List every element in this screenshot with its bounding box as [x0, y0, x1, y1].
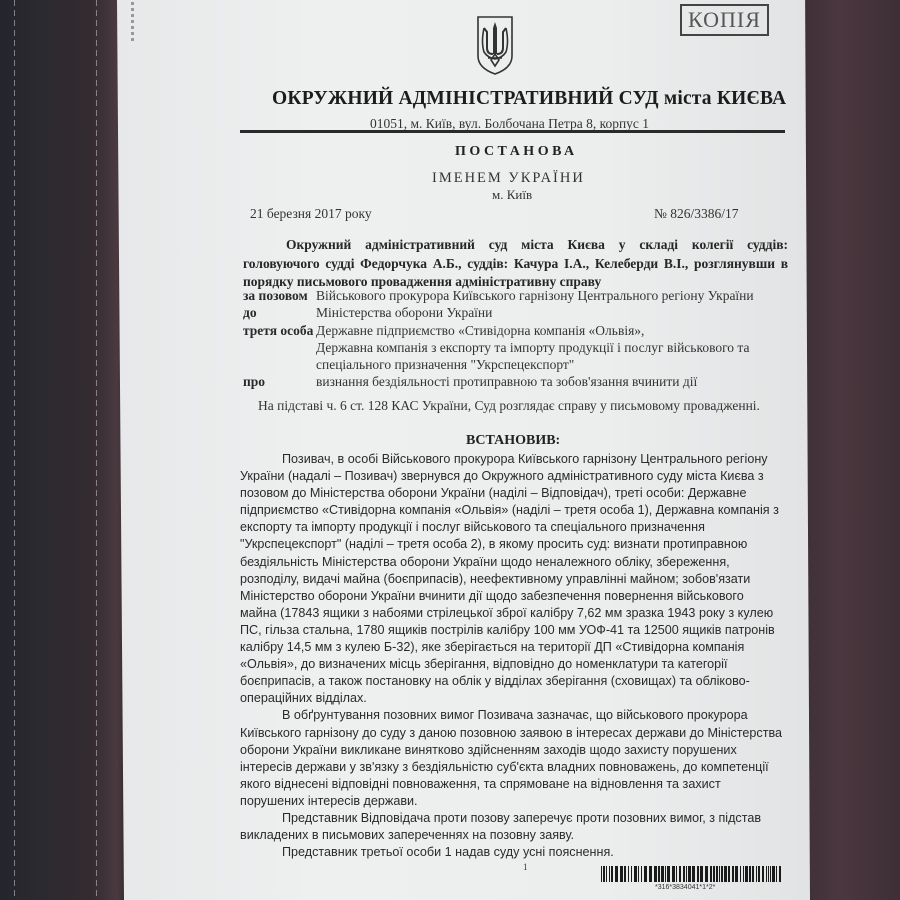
party-value: Міністерства оборони України: [316, 304, 492, 321]
case-number: № 826/3386/17: [654, 206, 739, 222]
body-line: Київського гарнізону до суду з даною поз…: [240, 725, 792, 742]
decision-body: Позивач, в особі Військового прокурора К…: [240, 451, 792, 861]
city: м. Київ: [492, 187, 532, 203]
party-label: третя особа: [243, 322, 313, 339]
body-line: оборони України викликане винятково здій…: [240, 742, 792, 759]
barcode-icon: [601, 866, 783, 882]
intro-line: Окружний адміністративний суд міста Києв…: [243, 236, 788, 255]
document-type: ПОСТАНОВА: [455, 144, 578, 160]
barcode-text: *316*3834041*1*2*: [655, 884, 715, 891]
legal-basis: На підставі ч. 6 ст. 128 КАС України, Су…: [258, 398, 760, 414]
body-line: В обґрунтування позовних вимог Позивача …: [240, 707, 792, 724]
party-value: Військового прокурора Київського гарнізо…: [316, 287, 754, 304]
body-line: розподілу, видачі майна (боєприпасів), н…: [240, 571, 792, 588]
body-line: підприємство «Стивідорна компанія «Ольві…: [240, 502, 792, 519]
party-label: про: [243, 373, 265, 390]
body-line: Міністерство оборони України вчинити дії…: [240, 588, 792, 605]
court-name: ОКРУЖНИЙ АДМІНІСТРАТИВНИЙ СУД міста КИЄВ…: [272, 88, 786, 110]
party-value: Державне підприємство «Стивідорна компан…: [316, 322, 644, 339]
body-line: Представник Відповідача проти позову зап…: [240, 810, 792, 827]
body-line: позовом до Міністерства оборони України …: [240, 485, 792, 502]
body-line: майна (17843 ящики з набоями стрілецької…: [240, 605, 792, 622]
page-number: 1: [523, 862, 528, 872]
document-content: КОПІЯ ОКРУЖНИЙ АДМІНІСТРАТИВНИЙ СУД міст…: [0, 0, 900, 900]
intro-line: головуючого судді Федорчука А.Б., суддів…: [243, 255, 788, 274]
party-label: до: [243, 304, 257, 321]
body-line: Позивач, в особі Військового прокурора К…: [240, 451, 792, 468]
body-line: боєприпасів, а також постановку на облік…: [240, 673, 792, 690]
coat-of-arms-icon: [475, 14, 515, 76]
section-heading: ВСТАНОВИВ:: [466, 433, 560, 449]
body-line: «Ольвія», до визначених місць зберігання…: [240, 656, 792, 673]
body-line: викладених в письмових запереченнях на п…: [240, 827, 792, 844]
body-line: України (надалі – Позивач) звернувся до …: [240, 468, 792, 485]
copy-stamp: КОПІЯ: [680, 4, 769, 36]
header-divider: [240, 130, 785, 133]
intro-paragraph: Окружний адміністративний суд міста Києв…: [243, 236, 788, 292]
body-line: ПС, гільза стальна, 1780 ящиків пострілі…: [240, 622, 792, 639]
in-name-of-ukraine: ІМЕНЕМ УКРАЇНИ: [432, 170, 585, 187]
body-line: операційних відділах.: [240, 690, 792, 707]
party-label: за позовом: [243, 287, 308, 304]
body-line: порушених інтересів держави.: [240, 793, 792, 810]
body-line: інтересів держави у зв'язку з бездіяльні…: [240, 759, 792, 776]
body-line: калібру 14,5 мм з кулею Б-32), яке збері…: [240, 639, 792, 656]
party-value: Державна компанія з експорту та імпорту …: [316, 339, 750, 356]
body-line: Представник третьої особи 1 надав суду у…: [240, 844, 792, 861]
body-line: бездіяльність Міністерства оборони Украї…: [240, 554, 792, 571]
decision-date: 21 березня 2017 року: [250, 206, 372, 222]
body-line: експорту та імпорту продукції і послуг в…: [240, 519, 792, 536]
party-value: спеціального призначення "Укрспецекспорт…: [316, 356, 574, 373]
body-line: "Укрспецекспорт" (наділі – третя особа 2…: [240, 536, 792, 553]
body-line: якого віднесені відповідні повноваження,…: [240, 776, 792, 793]
party-value: визнання бездіяльності протиправною та з…: [316, 373, 697, 390]
